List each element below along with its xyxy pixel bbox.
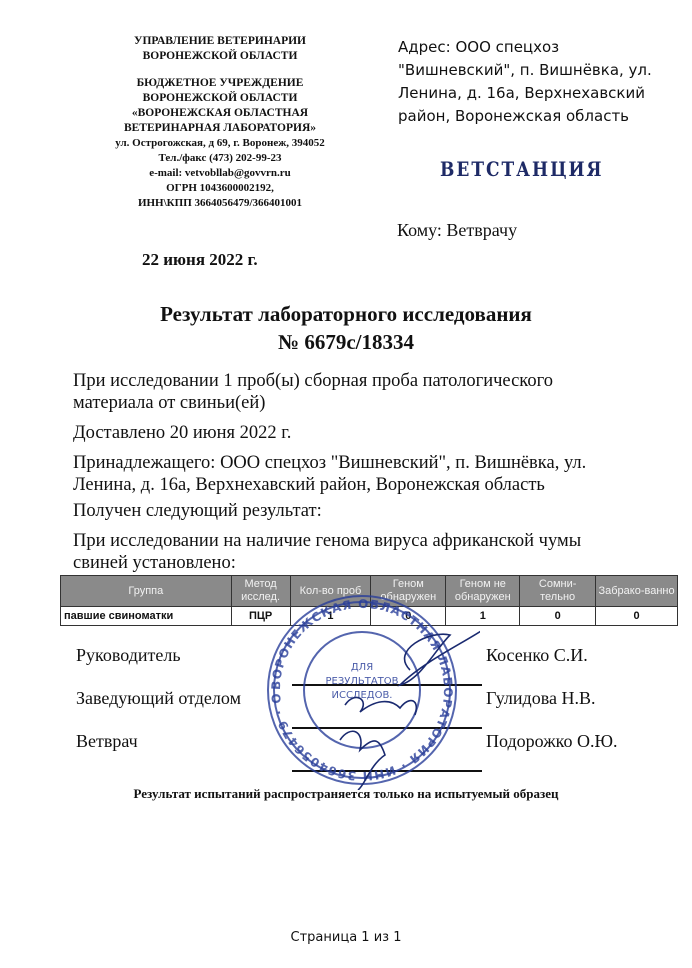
study-description: При исследовании на наличие генома вирус… [73,530,673,574]
result-intro: Получен следующий результат: [73,500,673,522]
col-header-genome-not-detected: Геном не обнаружен [446,576,520,607]
org-line: ВОРОНЕЖСКОЙ ОБЛАСТИ [70,49,370,64]
signature-name-dept: Гулидова Н.В. [486,688,595,709]
cell-rejected: 0 [596,607,678,626]
page-number: Страница 1 из 1 [0,930,692,945]
org-line: ВОРОНЕЖСКОЙ ОБЛАСТИ [70,91,370,106]
org-line: УПРАВЛЕНИЕ ВЕТЕРИНАРИИ [70,34,370,49]
org-phone: Тел./факс (473) 202-99-23 [70,151,370,166]
owner-info: Принадлежащего: ООО спецхоз "Вишневский"… [73,452,673,496]
org-email: e-mail: vetvobllab@govvrn.ru [70,166,370,181]
col-header-group: Группа [61,576,232,607]
cell-sample-count: 1 [290,607,371,626]
document-date: 22 июня 2022 г. [142,250,258,270]
table-row: павшие свиноматки ПЦР 1 0 1 0 0 [61,607,678,626]
disclaimer: Результат испытаний распространяется тол… [0,786,692,802]
col-header-sample-count: Кол-во проб [290,576,371,607]
svg-text:ИССЛЕДОВ.: ИССЛЕДОВ. [331,690,392,701]
signature-line [292,684,482,687]
org-address: ул. Острогожская, д 69, г. Воронеж, 3940… [70,136,370,151]
organization-header: УПРАВЛЕНИЕ ВЕТЕРИНАРИИ ВОРОНЕЖСКОЙ ОБЛАС… [70,34,370,211]
signature-name-vet: Подорожко О.Ю. [486,731,617,752]
vet-station-stamp: ВЕТСТАНЦИЯ [440,159,604,182]
svg-text:ДЛЯ: ДЛЯ [351,662,373,673]
sample-description: При исследовании 1 проб(ы) сборная проба… [73,370,673,414]
signature-role-vet: Ветврач [76,731,138,752]
document-number: № 6679с/18334 [0,328,692,356]
cell-method: ПЦР [231,607,290,626]
signature-role-head: Руководитель [76,645,181,666]
address-line: район, Воронежская область [398,105,678,128]
signature-line [292,770,482,773]
org-line: ВЕТЕРИНАРНАЯ ЛАБОРАТОРИЯ» [70,121,370,136]
study-line: свиней установлено: [73,552,673,574]
address-line: Адрес: ООО спецхоз [398,36,678,59]
col-header-method: Метод исслед. [231,576,290,607]
cell-genome-detected: 0 [371,607,446,626]
results-table: Группа Метод исслед. Кол-во проб Геном о… [60,575,678,626]
cell-group: павшие свиноматки [61,607,232,626]
col-header-genome-detected: Геном обнаружен [371,576,446,607]
cell-doubtful: 0 [520,607,596,626]
owner-line: Принадлежащего: ООО спецхоз "Вишневский"… [73,452,673,474]
delivered-date: Доставлено 20 июня 2022 г. [73,422,673,444]
org-inn: ИНН\КПП 3664056479/366401001 [70,196,370,211]
org-line: «ВОРОНЕЖСКАЯ ОБЛАСТНАЯ [70,106,370,121]
cell-genome-not-detected: 1 [446,607,520,626]
title-line: Результат лабораторного исследования [0,300,692,328]
sample-line: материала от свиньи(ей) [73,392,673,414]
study-line: При исследовании на наличие генома вирус… [73,530,673,552]
address-line: "Вишневский", п. Вишнёвка, ул. [398,59,678,82]
col-header-doubtful: Сомни-тельно [520,576,596,607]
recipient: Кому: Ветврачу [397,220,517,241]
table-header-row: Группа Метод исслед. Кол-во проб Геном о… [61,576,678,607]
org-ogrn: ОГРН 1043600002192, [70,181,370,196]
signature-role-dept: Заведующий отделом [76,688,241,709]
document-title: Результат лабораторного исследования № 6… [0,300,692,356]
sample-line: При исследовании 1 проб(ы) сборная проба… [73,370,673,392]
col-header-rejected: Забрако-ванно [596,576,678,607]
recipient-address: Адрес: ООО спецхоз "Вишневский", п. Вишн… [398,36,678,128]
org-line: БЮДЖЕТНОЕ УЧРЕЖДЕНИЕ [70,76,370,91]
address-line: Ленина, д. 16а, Верхнехавский [398,82,678,105]
signature-name-head: Косенко С.И. [486,645,588,666]
owner-line: Ленина, д. 16а, Верхнехавский район, Вор… [73,474,673,496]
signature-line [292,727,482,730]
